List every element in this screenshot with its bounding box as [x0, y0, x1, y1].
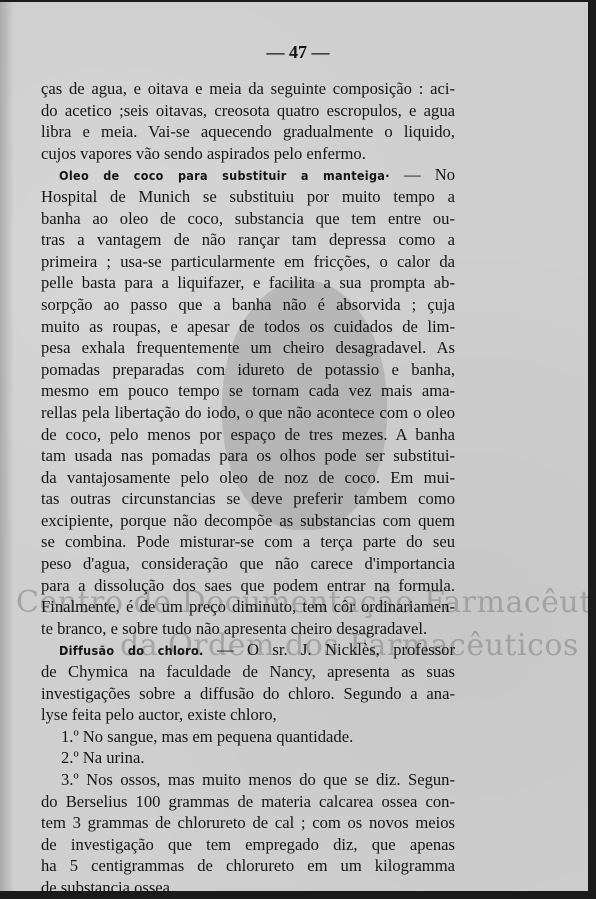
text-line: ças de agua, e oitava e meia da seguinte…: [41, 78, 455, 100]
text-line: ha 5 centigrammas de chlorureto em um ki…: [41, 855, 455, 877]
binding-shadow: [0, 2, 14, 891]
text-line: para a dissolução dos saes que podem ent…: [41, 575, 455, 597]
text-line: tem 3 grammas de chlorureto de cal ; com…: [41, 812, 455, 834]
text-line: tas outras circunstancias se deve prefer…: [41, 488, 455, 510]
text-line: banha ao oleo de coco, substancia que te…: [41, 208, 455, 230]
page-number: — 47 —: [0, 42, 596, 63]
text-line: pomadas preparadas com idureto de potass…: [41, 359, 455, 381]
text-line: sorpção ao passo que a banha não é absor…: [41, 294, 455, 316]
heading-tail: — No: [390, 165, 455, 184]
text-line: da vantajosamente pelo oleo de noz de co…: [41, 467, 455, 489]
text-line: lyse feita pelo auctor, existe chloro,: [41, 704, 455, 726]
text-line: Hospital de Munich se substituiu por mui…: [41, 186, 455, 208]
body-text: ças de agua, e oitava e meia da seguinte…: [41, 78, 455, 899]
section-heading-diffusao-do-chloro: Diffusão do chloro.: [59, 643, 204, 658]
list-item: 1.º No sangue, mas em pequena quantidade…: [41, 726, 455, 748]
text-line: mesmo em pouco tempo se tornam cada vez …: [41, 380, 455, 402]
list-item: 3.º Nos ossos, mas muito menos do que se…: [41, 769, 455, 791]
text-line: pelle basta para a liquifazer, e facilit…: [41, 272, 455, 294]
text-line: do Berselius 100 grammas de materia calc…: [41, 791, 455, 813]
text-line: pesa exhala frequentemente um cheiro des…: [41, 337, 455, 359]
text-line: tam usada nas pomadas para os olhos pode…: [41, 445, 455, 467]
text-line: peso d'agua, consideração que não carece…: [41, 553, 455, 575]
text-line: de Chymica na faculdade de Nancy, aprese…: [41, 661, 455, 683]
text-line: de substancia ossea.: [41, 877, 455, 899]
section-heading-oleo-de-coco: Oleo de coco para substituir a manteiga·: [59, 168, 390, 183]
text-line: do acetico ;seis oitavas, creosota quatr…: [41, 100, 455, 122]
text-line: muito as roupas, e apesar de todos os cu…: [41, 316, 455, 338]
section-heading-line: Oleo de coco para substituir a manteiga·…: [41, 164, 455, 186]
text-line: te branco, e sobre tudo não apresenta ch…: [41, 618, 455, 640]
text-line: cujos vapores vão sendo aspirados pelo e…: [41, 143, 455, 165]
section-heading-line: Diffusão do chloro. — O sr. J. Nicklès, …: [41, 639, 455, 661]
heading-tail: — O sr. J. Nicklès, professor: [204, 640, 455, 659]
text-line: libra e meia. Vai-se aquecendo gradualme…: [41, 121, 455, 143]
text-line: investigações sobre a diffusão do chloro…: [41, 683, 455, 705]
text-line: de coco, pelo menos por espaço de tres m…: [41, 424, 455, 446]
text-line: Finalmente, é de um preço diminuto, tem …: [41, 596, 455, 618]
text-line: se combina. Pode misturar-se com a terça…: [41, 531, 455, 553]
text-line: de investigação que tem empregado diz, q…: [41, 834, 455, 856]
text-line: primeira ; usa-se particularmente em fri…: [41, 251, 455, 273]
text-line: rellas pela libertação do iodo, o que nã…: [41, 402, 455, 424]
list-item: 2.º Na urina.: [41, 747, 455, 769]
text-line: tras a vantagem de não rançar tam depres…: [41, 229, 455, 251]
text-line: excipiente, porque não decompõe as subst…: [41, 510, 455, 532]
